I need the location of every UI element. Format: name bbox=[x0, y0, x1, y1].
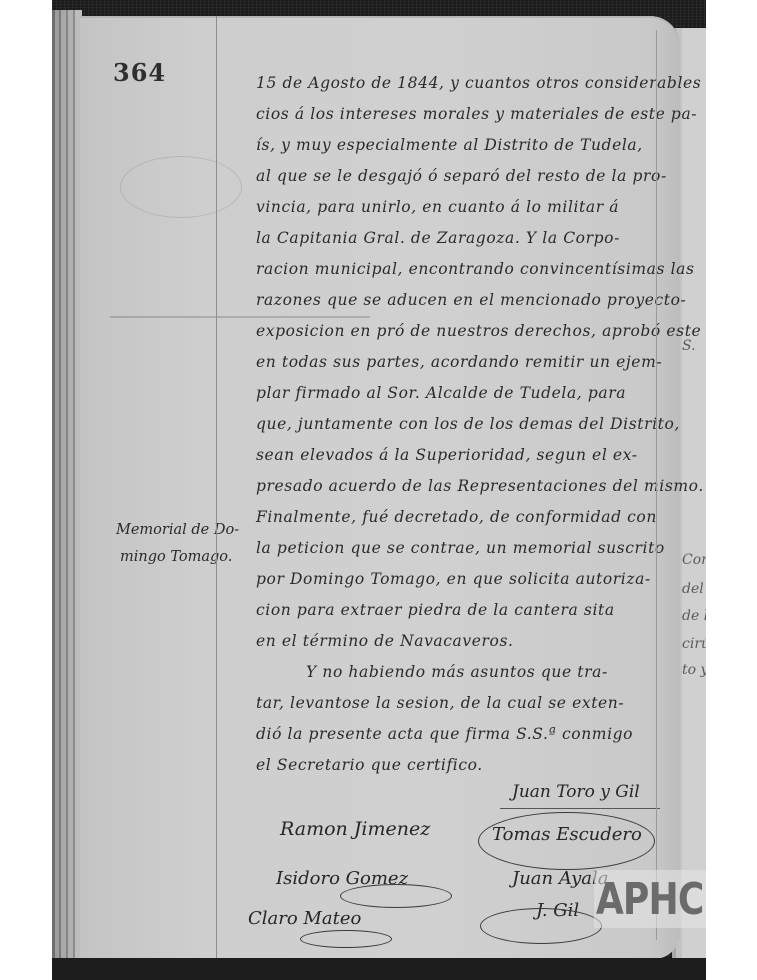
body-line: por Domingo Tomago, en que solicita auto… bbox=[256, 570, 651, 588]
signature-flourish bbox=[300, 930, 392, 948]
body-line: exposicion en pró de nuestros derechos, … bbox=[256, 322, 701, 340]
facing-page-fragment: to y bbox=[682, 662, 706, 678]
signature-underline bbox=[500, 808, 660, 809]
archive-watermark: APHC bbox=[594, 870, 706, 928]
facing-page-fragment: del bbox=[682, 581, 704, 597]
body-line: sean elevados á la Superioridad, segun e… bbox=[256, 446, 638, 464]
body-line: Y no habiendo más asuntos que tra- bbox=[306, 663, 608, 681]
signature: Juan Toro y Gil bbox=[512, 782, 640, 802]
signature-flourish bbox=[478, 812, 655, 870]
body-line: plar firmado al Sor. Alcalde de Tudela, … bbox=[256, 384, 626, 402]
signature-flourish bbox=[340, 884, 452, 908]
body-line: tar, levantose la sesion, de la cual se … bbox=[256, 694, 624, 712]
ledger-page: 364 Memorial de Do- mingo Tomago. 15 de … bbox=[80, 16, 680, 959]
right-rule-line bbox=[656, 30, 657, 940]
bleed-through-mark bbox=[120, 156, 242, 218]
body-line: cion para extraer piedra de la cantera s… bbox=[256, 601, 615, 619]
facing-page-fragment: Con bbox=[682, 552, 706, 568]
body-line: vincia, para unirlo, en cuanto á lo mili… bbox=[256, 198, 619, 216]
body-line: cios á los intereses morales y materiale… bbox=[256, 105, 697, 123]
margin-note-line: Memorial de Do- bbox=[116, 522, 239, 538]
body-line: la Capitania Gral. de Zaragoza. Y la Cor… bbox=[256, 229, 620, 247]
book-bottom-shadow bbox=[52, 958, 706, 980]
body-line: ís, y muy especialmente al Distrito de T… bbox=[256, 136, 643, 154]
bleed-through-rule bbox=[110, 316, 370, 318]
body-line: presado acuerdo de las Representaciones … bbox=[256, 477, 704, 495]
body-line: en todas sus partes, acordando remitir u… bbox=[256, 353, 662, 371]
stacked-page-edges bbox=[52, 10, 82, 960]
folio-number: 364 bbox=[113, 58, 166, 87]
body-line: razones que se aducen en el mencionado p… bbox=[256, 291, 686, 309]
body-line: el Secretario que certifico. bbox=[256, 756, 483, 774]
body-line: en el término de Navacaveros. bbox=[256, 632, 514, 650]
body-line: al que se le desgajó ó separó del resto … bbox=[256, 167, 667, 185]
facing-page-fragment: S. bbox=[682, 338, 696, 354]
body-line: la peticion que se contrae, un memorial … bbox=[256, 539, 665, 557]
facing-page-fragment: cirú bbox=[682, 636, 706, 652]
facing-page-fragment: de la bbox=[682, 608, 706, 624]
scanned-book-page: S. Con del de la cirú to y 364 Memorial … bbox=[52, 0, 706, 980]
signature: Claro Mateo bbox=[248, 908, 361, 929]
margin-rule-line bbox=[216, 16, 217, 959]
watermark-text: APHC bbox=[596, 874, 704, 925]
body-line: 15 de Agosto de 1844, y cuantos otros co… bbox=[256, 74, 706, 92]
signature-flourish bbox=[480, 908, 602, 944]
body-line: racion municipal, encontrando convincent… bbox=[256, 260, 695, 278]
body-line: que, juntamente con los de los demas del… bbox=[256, 415, 680, 433]
body-line: Finalmente, fué decretado, de conformida… bbox=[256, 508, 657, 526]
signature: Ramon Jimenez bbox=[280, 818, 430, 840]
body-line: dió la presente acta que firma S.S.ª con… bbox=[256, 725, 633, 743]
